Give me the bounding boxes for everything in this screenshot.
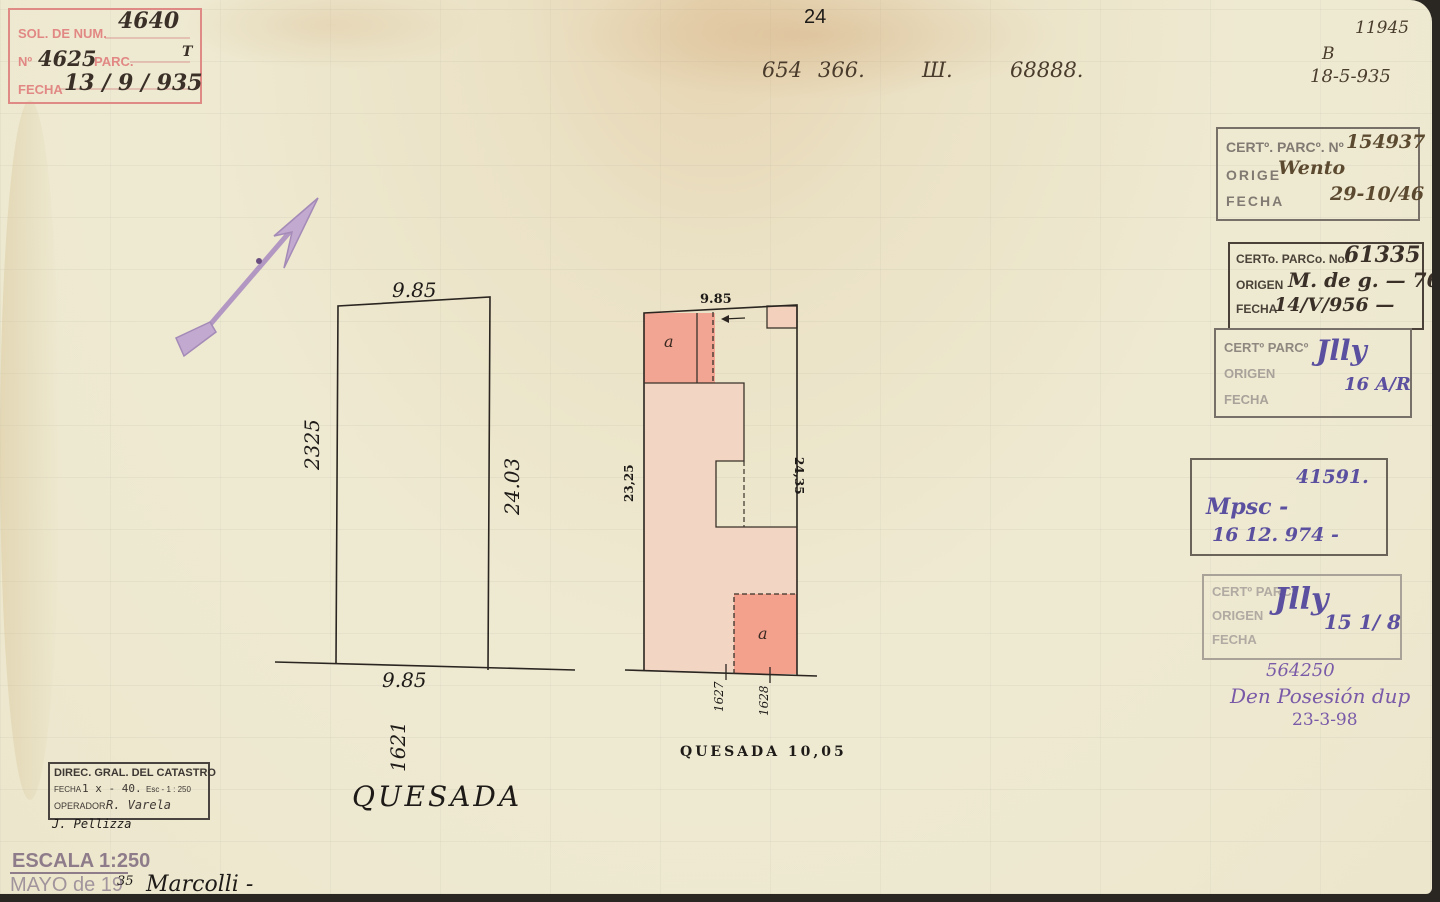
fecha-label: FECHA	[1236, 302, 1277, 316]
fecha-label: FECHA	[18, 82, 63, 97]
registry-number: 41591.	[1296, 466, 1369, 488]
catastro-fecha-label: FECHA	[54, 785, 81, 794]
cert-stamp-2: CERTo. PARCo. No. 61335 ORIGEN M. de g. …	[1228, 242, 1424, 330]
cert-stamp-1: CERTº. PARCº. Nº 154937 ORIGE Wento FECH…	[1216, 127, 1420, 221]
cert-value: 61335	[1344, 242, 1421, 268]
fecha-label: FECHA	[1212, 632, 1257, 647]
cert-stamp-3: CERTº PARCº ORIGEN FECHA Jlly 16 A/R	[1214, 328, 1412, 418]
no-label: Nº	[18, 54, 32, 69]
catastro-stamp: DIREC. GRAL. DEL CATASTRO FECHA 1 x - 40…	[48, 762, 210, 820]
signature: Mpsc -	[1206, 494, 1288, 520]
scale-date: MAYO de 19	[10, 874, 123, 894]
left-side-length: 2325	[300, 419, 324, 470]
operador-value: R. Varela	[106, 798, 171, 812]
top-right-letter: B	[1322, 44, 1335, 64]
no-value: 4625	[38, 46, 96, 71]
top-right-number: 11945	[1355, 18, 1409, 38]
page-number: 24	[804, 6, 826, 29]
document-sheet: 24 654 366. Ш. 68888. 11945 B 18-5-935 S…	[0, 0, 1432, 894]
top-right-date: 18-5-935	[1310, 66, 1391, 87]
catastro-title: DIREC. GRAL. DEL CATASTRO	[54, 767, 216, 779]
signature: Jlly	[1274, 582, 1328, 617]
left-top-width: 9.85	[392, 278, 437, 302]
cert-label: CERTº PARCº	[1224, 340, 1308, 355]
signature-marcolli: Marcolli -	[146, 872, 253, 894]
fecha-value: 13 / 9 / 935	[64, 70, 203, 96]
sol-value: 4640	[118, 8, 179, 34]
plan-right-outline	[625, 305, 817, 683]
catastro-fecha-value: 1 x - 40.	[82, 782, 142, 795]
origen-label: ORIGE	[1226, 167, 1281, 183]
top-ref-3: Ш.	[922, 58, 953, 82]
north-arrow-icon	[176, 198, 318, 356]
catastro-scale: Esc - 1 : 250	[146, 785, 191, 794]
origen-value: M. de g. — 76	[1288, 268, 1432, 292]
signature-pellizza: J. Pellizza	[52, 817, 131, 831]
fecha-value: 16 A/R	[1344, 374, 1411, 395]
right-left-length: 23,25	[622, 464, 636, 502]
origen-value: Wento	[1278, 157, 1345, 179]
right-right-length: 24,35	[792, 457, 806, 495]
operador-label: OPERADOR	[54, 801, 106, 811]
right-side-length: 24.03	[500, 458, 524, 515]
annotation-date: 23-3-98	[1292, 710, 1358, 730]
origen-label: ORIGEN	[1236, 278, 1283, 292]
cert-stamp-4: CERTº PARCº ORIGEN FECHA Jlly 15 1/ 8	[1202, 574, 1402, 660]
right-top-width: 9.85	[700, 292, 732, 307]
solicitud-stamp: SOL. DE NUM. 4640 Nº 4625 PARC. T FECHA …	[8, 8, 202, 104]
sol-label: SOL. DE NUM.	[18, 26, 107, 41]
fecha-label: FECHA	[1224, 392, 1269, 407]
fecha-label: FECHA	[1226, 193, 1284, 209]
top-ref-2: 366.	[818, 58, 865, 82]
origen-label: ORIGEN	[1224, 366, 1275, 381]
annotation-number: 564250	[1266, 660, 1335, 681]
annotation-text: Den Posesión dup	[1230, 684, 1410, 708]
parc-label: PARC.	[94, 54, 133, 69]
plan-left-outline	[275, 297, 575, 670]
parc-value: T	[182, 44, 192, 60]
scale-year-suffix: 35	[117, 874, 134, 889]
origen-label: ORIGEN	[1212, 608, 1263, 623]
parcel-number-1627: 1627	[712, 681, 726, 712]
left-parcel-number: 1621	[386, 721, 410, 772]
cert-label: CERTo. PARCo. No.	[1236, 252, 1348, 266]
top-ref-1: 654	[762, 58, 802, 82]
fecha-value: 29-10/46	[1330, 183, 1424, 205]
registry-date: 16 12. 974 -	[1212, 524, 1339, 546]
unit-label-a-bottom: a	[758, 624, 768, 643]
right-street-name: QUESADA 10,05	[680, 744, 847, 760]
top-ref-4: 68888.	[1010, 58, 1083, 82]
cert-value: 154937	[1346, 131, 1425, 153]
cert-label: CERTº. PARCº. Nº	[1226, 139, 1344, 155]
signature: Jlly	[1316, 334, 1367, 367]
left-street-name: QUESADA	[352, 780, 522, 813]
fecha-value: 14/V/956 —	[1274, 294, 1394, 316]
unit-label-a-top: a	[664, 332, 674, 351]
fecha-value: 15 1/ 8	[1324, 610, 1401, 634]
parcel-number-1628: 1628	[757, 685, 771, 716]
left-bottom-width: 9.85	[382, 668, 427, 692]
scale-label: ESCALA 1:250	[12, 850, 150, 873]
registry-box: 41591. Mpsc - 16 12. 974 -	[1190, 458, 1388, 556]
